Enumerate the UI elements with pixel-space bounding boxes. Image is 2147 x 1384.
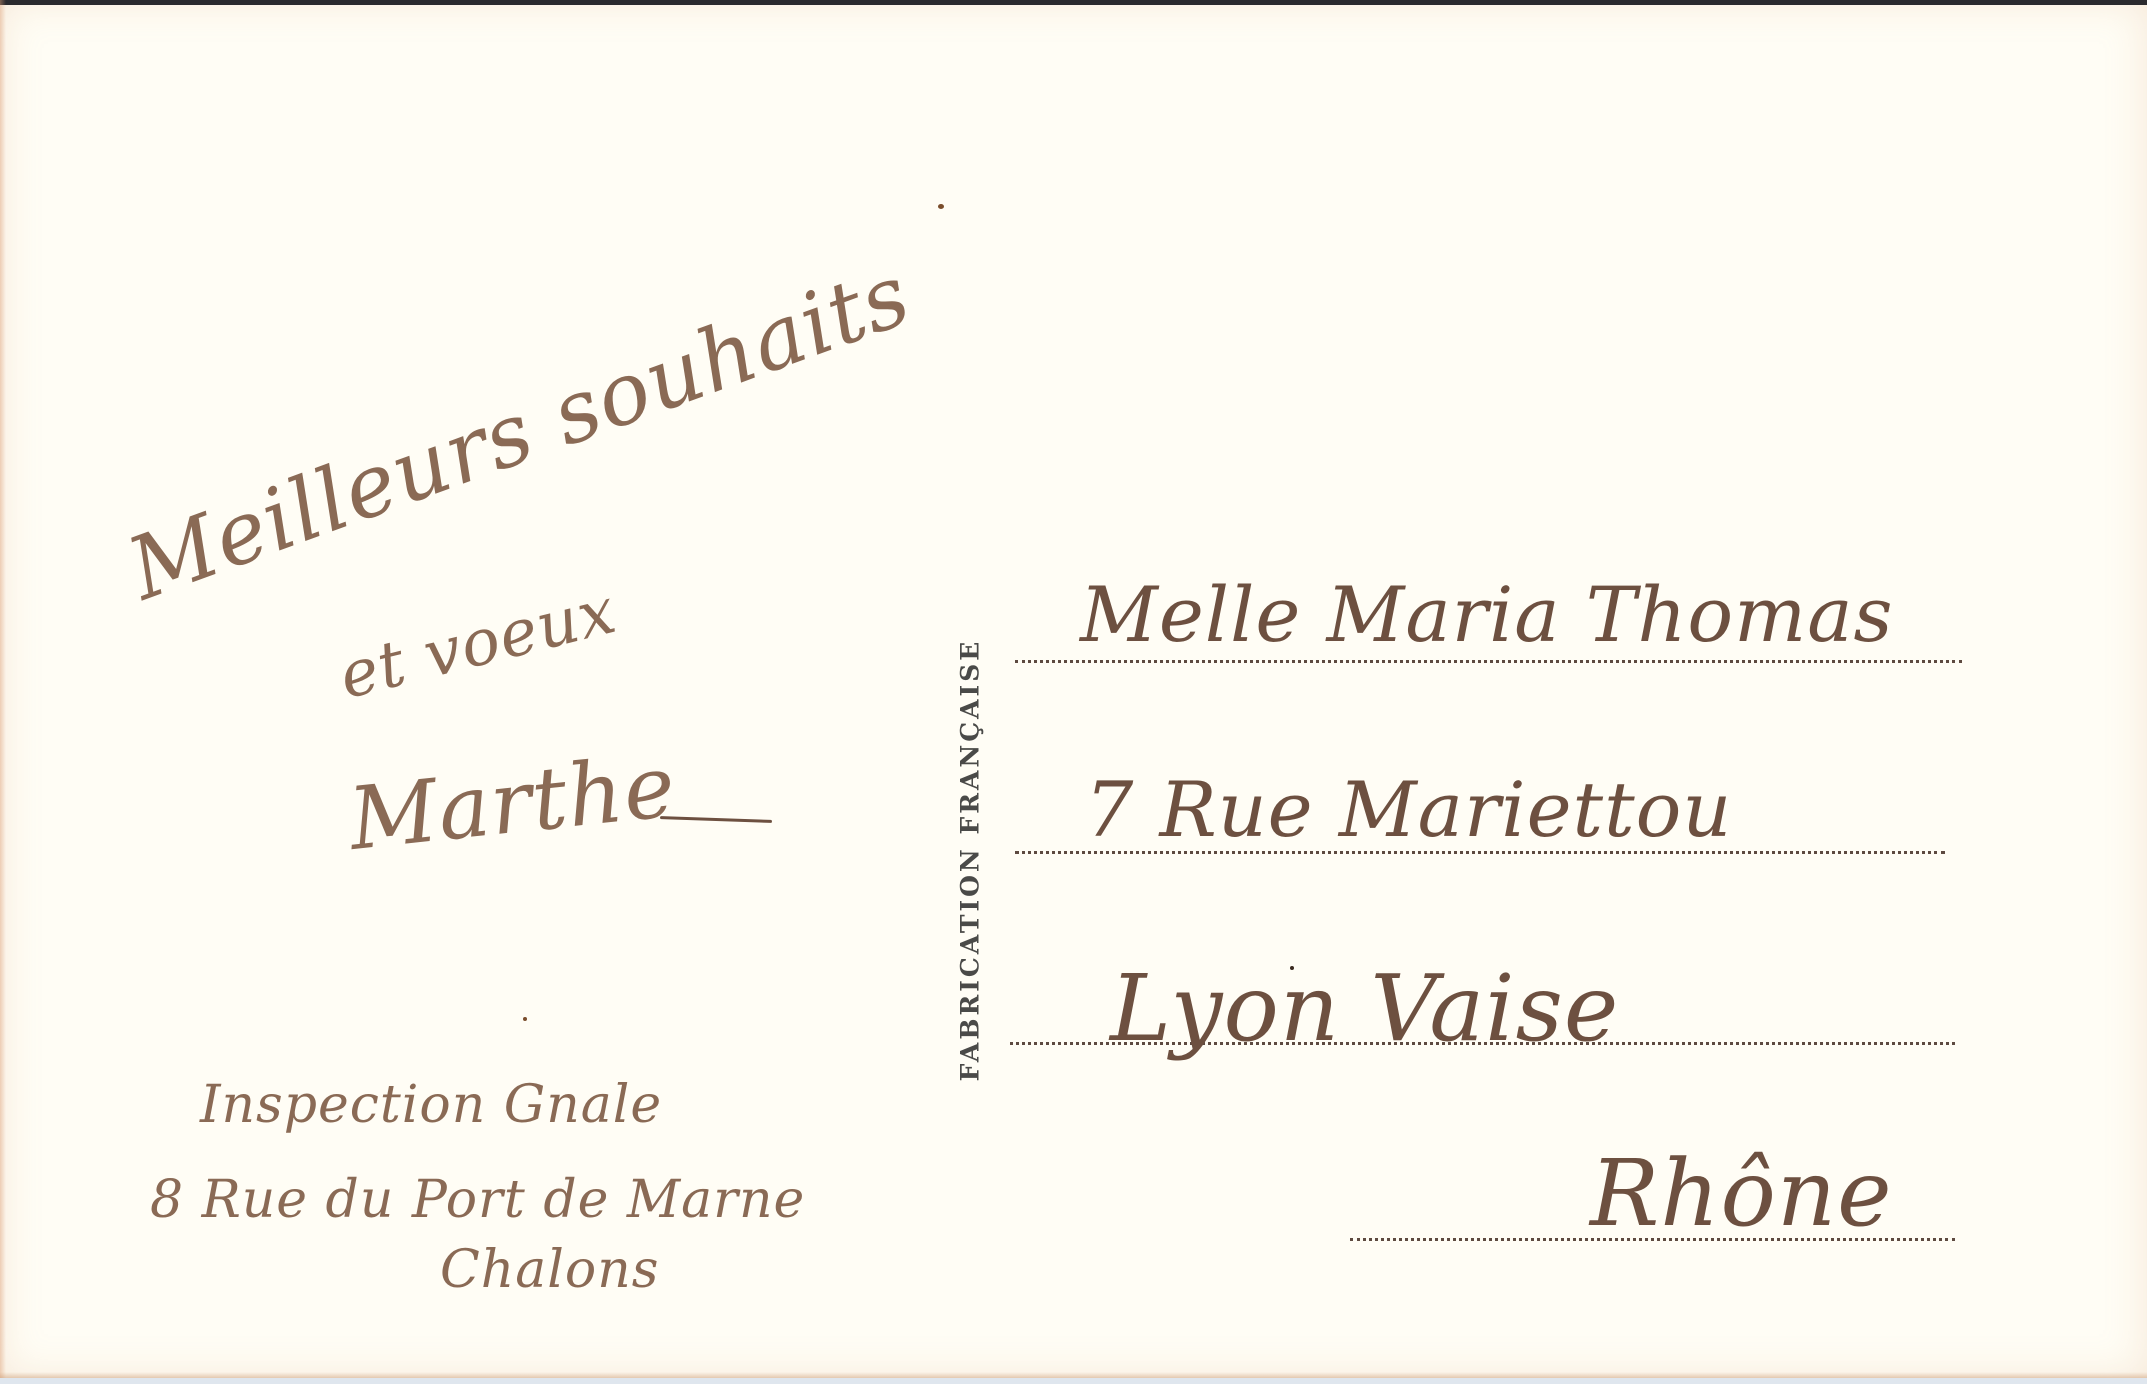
sender-address-line-2: 8 Rue du Port de Marne <box>150 1170 805 1230</box>
ink-speck <box>523 1017 527 1021</box>
signature: Marthe <box>345 736 681 870</box>
aged-bottom-edge <box>0 1372 2147 1378</box>
recipient-street: 7 Rue Mariettou <box>1085 765 1732 854</box>
sender-address-line-3: Chalons <box>440 1240 659 1300</box>
aged-left-edge <box>0 0 6 1378</box>
recipient-city: Lyon Vaise <box>1110 955 1619 1062</box>
printed-fabrication-label: FABRICATION FRANÇAISE <box>956 639 985 1082</box>
postcard-back: Meilleurs souhaits et voeux Marthe Inspe… <box>0 0 2147 1378</box>
greeting-line-1: Meilleurs souhaits <box>116 245 923 620</box>
ink-speck <box>938 204 944 209</box>
ink-speck <box>1290 966 1294 970</box>
sender-address-line-1: Inspection Gnale <box>200 1075 662 1135</box>
address-rule-1 <box>1015 660 1962 663</box>
recipient-name: Melle Maria Thomas <box>1080 570 1894 659</box>
recipient-region: Rhône <box>1590 1140 1893 1247</box>
greeting-line-2: et voeux <box>332 574 623 714</box>
scan-top-edge <box>0 0 2147 5</box>
